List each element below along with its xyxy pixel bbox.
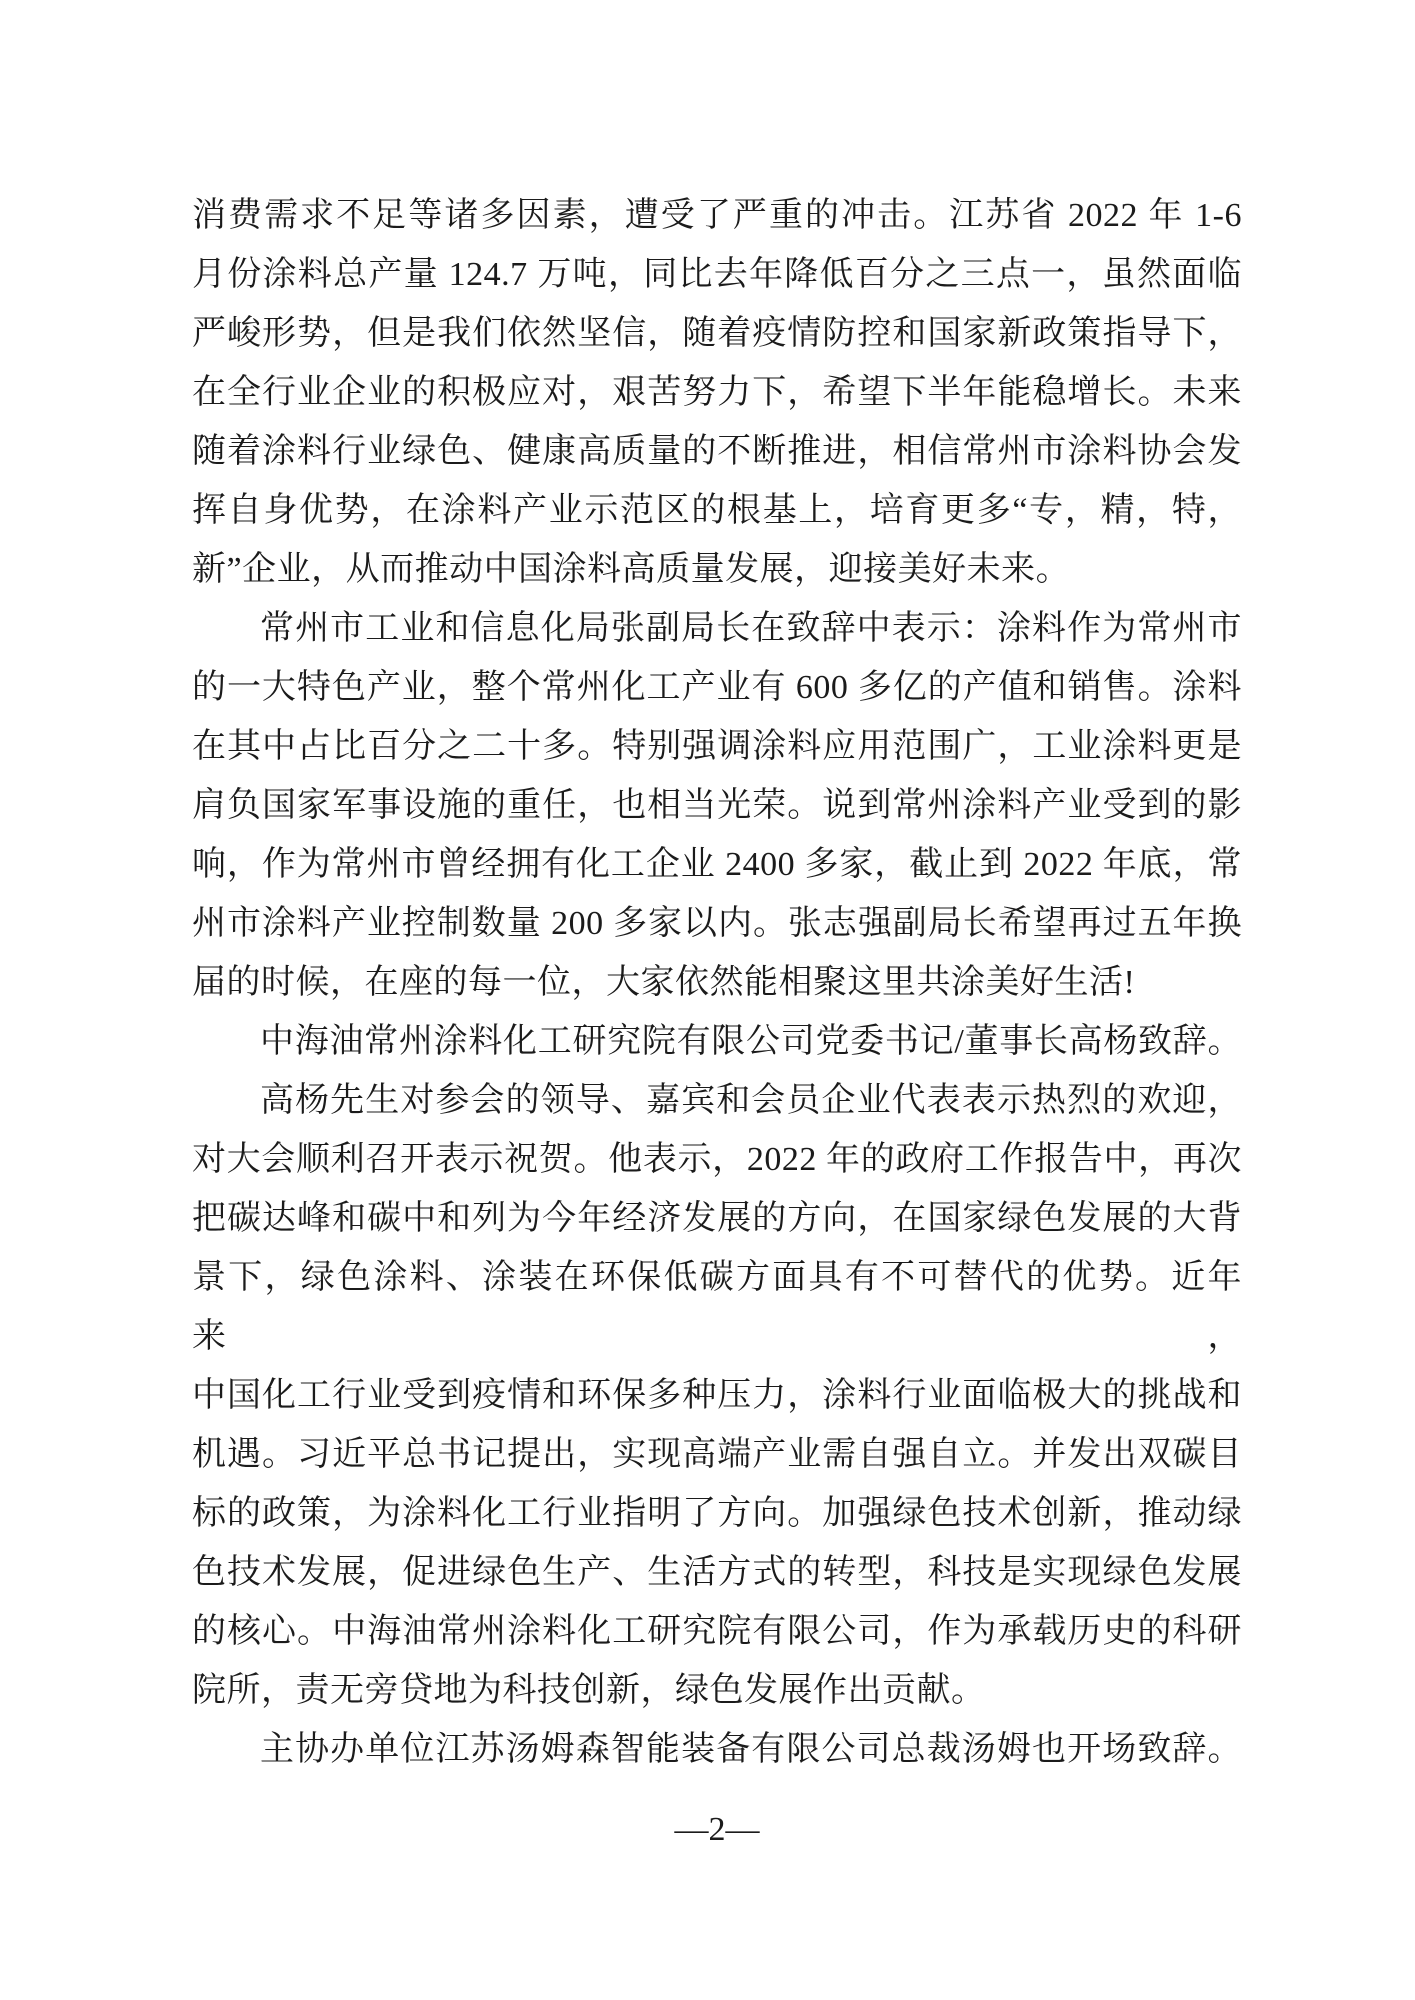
text-line: 的核心。中海油常州涂料化工研究院有限公司，作为承载历史的科研 [192,1602,1242,1661]
text-line: 的一大特色产业，整个常州化工产业有 600 多亿的产值和销售。涂料 [192,658,1242,717]
document-page: 消费需求不足等诸多因素，遭受了严重的冲击。江苏省 2022 年 1-6月份涂料总… [0,0,1415,2000]
page-number: —2— [675,1811,760,1848]
text-line: 月份涂料总产量 124.7 万吨，同比去年降低百分之三点一，虽然面临 [192,245,1242,304]
text-line: 响，作为常州市曾经拥有化工企业 2400 多家，截止到 2022 年底，常 [192,835,1242,894]
document-body: 消费需求不足等诸多因素，遭受了严重的冲击。江苏省 2022 年 1-6月份涂料总… [192,186,1242,1779]
text-line: 在全行业企业的积极应对，艰苦努力下，希望下半年能稳增长。未来 [192,363,1242,422]
paragraph-4: 高杨先生对参会的领导、嘉宾和会员企业代表表示热烈的欢迎，对大会顺利召开表示祝贺。… [192,1071,1242,1720]
text-line: 严峻形势，但是我们依然坚信，随着疫情防控和国家新政策指导下， [192,304,1242,363]
paragraph-5: 主协办单位江苏汤姆森智能装备有限公司总裁汤姆也开场致辞。 [192,1720,1242,1779]
text-line: 届的时候，在座的每一位，大家依然能相聚这里共涂美好生活! [192,953,1242,1012]
text-line: 在其中占比百分之二十多。特别强调涂料应用范围广，工业涂料更是 [192,717,1242,776]
text-line: 随着涂料行业绿色、健康高质量的不断推进，相信常州市涂料协会发 [192,422,1242,481]
text-line: 新”企业，从而推动中国涂料高质量发展，迎接美好未来。 [192,540,1242,599]
text-line: 对大会顺利召开表示祝贺。他表示，2022 年的政府工作报告中，再次 [192,1130,1242,1189]
paragraph-2: 常州市工业和信息化局张副局长在致辞中表示：涂料作为常州市的一大特色产业，整个常州… [192,599,1242,1012]
text-line: 州市涂料产业控制数量 200 多家以内。张志强副局长希望再过五年换 [192,894,1242,953]
page-footer: —2— [192,1805,1242,1855]
text-line: 消费需求不足等诸多因素，遭受了严重的冲击。江苏省 2022 年 1-6 [192,186,1242,245]
text-line: 标的政策，为涂料化工行业指明了方向。加强绿色技术创新，推动绿 [192,1484,1242,1543]
text-line: 色技术发展，促进绿色生产、生活方式的转型，科技是实现绿色发展 [192,1543,1242,1602]
text-line: 机遇。习近平总书记提出，实现高端产业需自强自立。并发出双碳目 [192,1425,1242,1484]
paragraph-1: 消费需求不足等诸多因素，遭受了严重的冲击。江苏省 2022 年 1-6月份涂料总… [192,186,1242,599]
text-line: 常州市工业和信息化局张副局长在致辞中表示：涂料作为常州市 [192,599,1242,658]
text-line: 主协办单位江苏汤姆森智能装备有限公司总裁汤姆也开场致辞。 [192,1720,1242,1779]
text-line: 把碳达峰和碳中和列为今年经济发展的方向，在国家绿色发展的大背 [192,1189,1242,1248]
text-line: 肩负国家军事设施的重任，也相当光荣。说到常州涂料产业受到的影 [192,776,1242,835]
text-line: 景下，绿色涂料、涂装在环保低碳方面具有不可替代的优势。近年来， [192,1248,1242,1366]
text-line: 中国化工行业受到疫情和环保多种压力，涂料行业面临极大的挑战和 [192,1366,1242,1425]
text-line: 挥自身优势，在涂料产业示范区的根基上，培育更多“专，精，特， [192,481,1242,540]
text-line: 中海油常州涂料化工研究院有限公司党委书记/董事长高杨致辞。 [192,1012,1242,1071]
paragraph-3: 中海油常州涂料化工研究院有限公司党委书记/董事长高杨致辞。 [192,1012,1242,1071]
text-line: 高杨先生对参会的领导、嘉宾和会员企业代表表示热烈的欢迎， [192,1071,1242,1130]
text-line: 院所，责无旁贷地为科技创新，绿色发展作出贡献。 [192,1661,1242,1720]
